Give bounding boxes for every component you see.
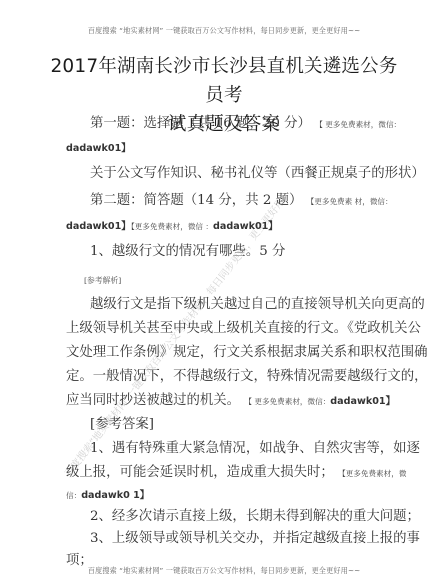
promo-text: 【更多免费素材，微 bbox=[338, 469, 406, 478]
answer-1-promo-line: 信：dadawk0 1】 bbox=[66, 486, 386, 505]
promo-text: 【更多免费素材，微信 ： bbox=[131, 222, 213, 231]
answer-label: [参考答案] bbox=[90, 416, 386, 434]
page-footer: 百度搜索 “地实素材网” 一键获取百万公文写作材料，每日同步更新，更全更好用~~ bbox=[0, 566, 448, 576]
answer-text: 级上报，可能会延误时机，造成重大损失时； bbox=[66, 465, 334, 480]
answer-1-line-2: 级上报，可能会延误时机，造成重大损失时； 【更多免费素材，微 bbox=[66, 464, 386, 483]
wechat-id: dadawk01】 bbox=[213, 221, 278, 232]
analysis-line: 越级行文是指下级机关越过自己的直接领导机关向更高的 bbox=[90, 296, 386, 314]
promo-text: 【 更多免费素材，微信： bbox=[244, 397, 330, 406]
analysis-line: 文处理工作条例》规定，行文关系根据隶属关系和职权范围确 bbox=[66, 344, 386, 362]
answer-3-line-1: 3、上级领导或领导机关交办，并指定越级直接上报的事 bbox=[90, 530, 386, 548]
section1-promo-line: dadawk01】 bbox=[66, 139, 386, 158]
wechat-id: dadawk01】 bbox=[330, 396, 395, 407]
wechat-id: dadawk01】 bbox=[66, 221, 131, 232]
section1-heading: 第一题：选择题（共 16 题，20 分） bbox=[90, 116, 311, 131]
page-header: 百度搜索 “地实素材网” 一键获取百万公文写作材料，每日同步更新，更全更好用~~ bbox=[0, 26, 448, 36]
title-line-1: 2017年湖南长沙市长沙县直机关遴选公务员考 bbox=[50, 52, 398, 110]
analysis-line: 上级领导机关甚至中央或上级机关直接的行文。《党政机关公 bbox=[66, 320, 386, 338]
promo-text: 【更多免费素 材，微信： bbox=[307, 197, 393, 206]
document-page: 百度搜索“地实素材网”一键获取百万公文写作材料，每日同步更新，更全更好用 百度搜… bbox=[0, 0, 448, 580]
section2-heading-line: 第二题：简答题（14 分，共 2 题） 【更多免费素 材，微信： bbox=[90, 192, 386, 211]
answer-2: 2、经多次请示直接上级，长期未得到解决的重大问题； bbox=[90, 508, 386, 526]
analysis-line-last: 应当同时抄送被越过的机关。 【 更多免费素材，微信：dadawk01】 bbox=[66, 392, 386, 411]
wechat-id: dadawk01】 bbox=[66, 143, 131, 154]
analysis-text: 应当同时抄送被越过的机关。 bbox=[66, 393, 240, 408]
analysis-label: [参考解析] bbox=[84, 272, 404, 290]
section2-promo-line: dadawk01】【更多免费素材，微信 ：dadawk01】 bbox=[66, 217, 386, 236]
answer-1-line-1: 1、遇有特殊重大紧急情况，如战争、自然灾害等，如逐 bbox=[90, 440, 386, 458]
analysis-line: 定。一般情况下，不得越级行文，特殊情况需要越级行文的， bbox=[66, 368, 386, 386]
promo-text: 【 更多免费素材，微信： bbox=[315, 120, 401, 129]
section1-heading-line: 第一题：选择题（共 16 题，20 分） 【 更多免费素材，微信： bbox=[90, 115, 386, 134]
wechat-id: dadawk0 1】 bbox=[81, 490, 149, 501]
promo-text: 信： bbox=[66, 491, 81, 500]
question-1: 1、越级行文的情况有哪些。5 分 bbox=[90, 243, 386, 261]
section2-heading: 第二题：简答题（14 分，共 2 题） bbox=[90, 193, 302, 208]
section1-topic: 关于公文写作知识、秘书礼仪等（西餐正规桌子的形状） bbox=[90, 165, 386, 183]
